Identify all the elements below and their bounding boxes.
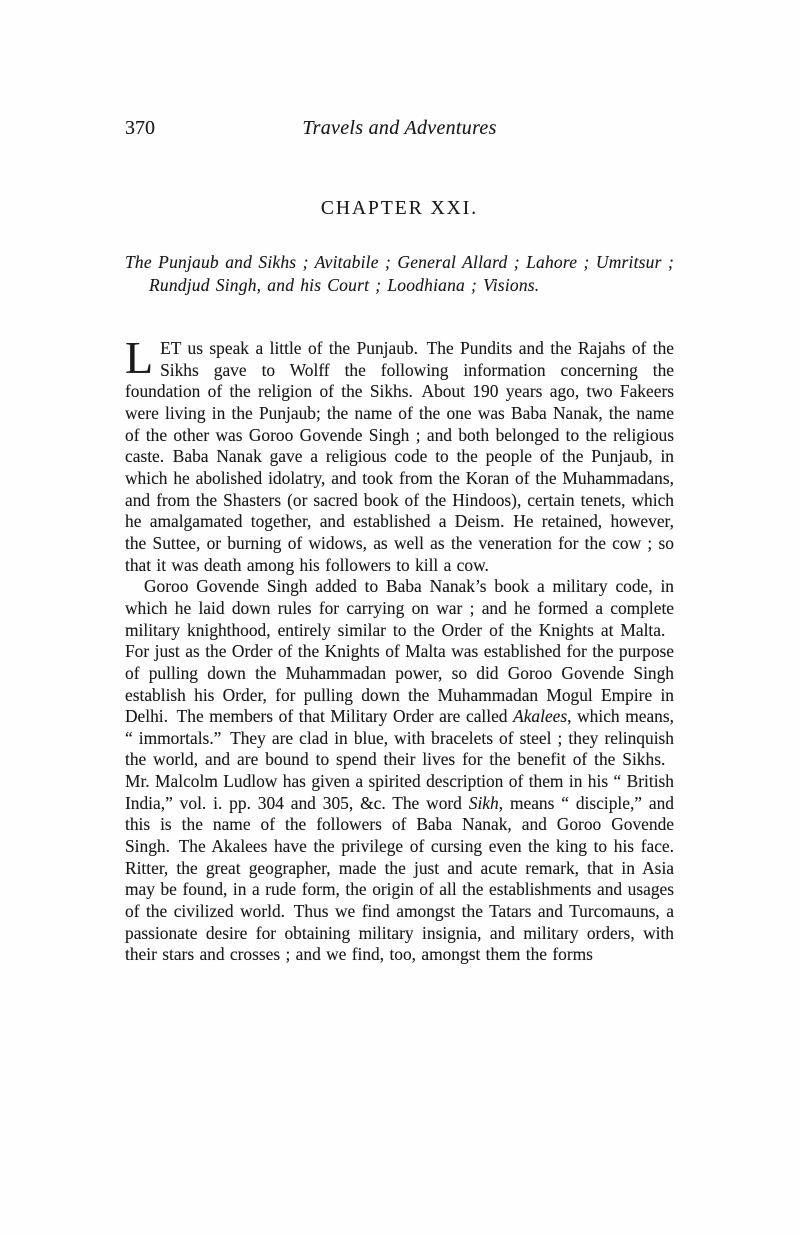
chapter-heading: CHAPTER XXI. xyxy=(125,198,674,220)
paragraph: Goroo Govende Singh added to Baba Nanak’… xyxy=(125,576,674,966)
text-run: , means “ disciple,” and this is the nam… xyxy=(125,793,674,965)
text-run: ET us speak a little of the Punjaub. The… xyxy=(125,338,674,575)
dropcap-letter: L xyxy=(125,338,160,376)
running-title: Travels and Adventures xyxy=(125,117,674,140)
body-text: LET us speak a little of the Punjaub. Th… xyxy=(125,338,674,966)
italic-text-run: Akalees xyxy=(513,706,567,726)
chapter-summary: The Punjaub and Sikhs ; Avitabile ; Gene… xyxy=(125,251,674,298)
text-run: Goroo Govende Singh added to Baba Nanak’… xyxy=(125,576,674,726)
paragraph: LET us speak a little of the Punjaub. Th… xyxy=(125,338,674,576)
italic-text-run: Sikh xyxy=(469,793,499,813)
book-page: 370 Travels and Adventures CHAPTER XXI. … xyxy=(0,0,800,1237)
page-header: 370 Travels and Adventures xyxy=(125,117,674,143)
